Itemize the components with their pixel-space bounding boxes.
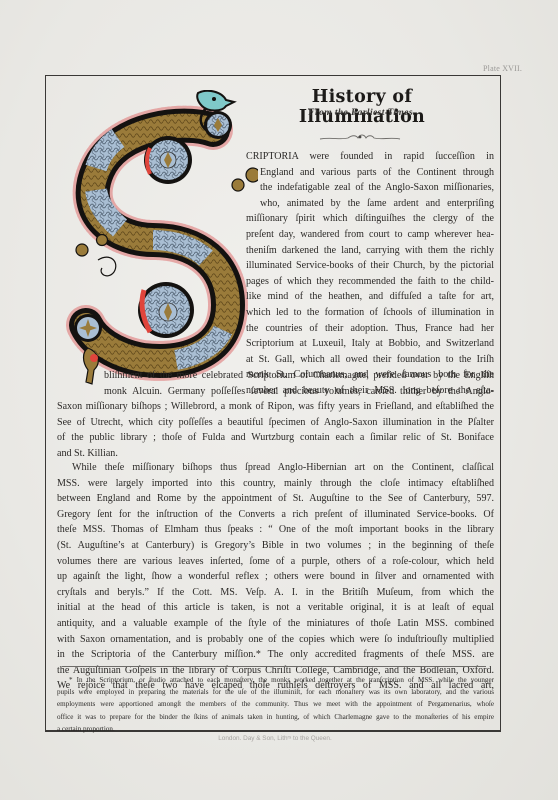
footnote-line: office it was to prepare for the binder … (57, 711, 494, 723)
text-line: pages of which they recommended the fait… (246, 274, 494, 290)
text-line: England and various parts of the Contine… (260, 165, 494, 181)
opening-paragraph-column: CRIPTORIA were founded in rapid ſucceſſi… (246, 149, 494, 399)
footnote: * In the Scriptorium, or ſtudio attached… (57, 674, 494, 735)
text-line: theſe MSS. Thomas of Elmham thus ſpeaks … (57, 522, 494, 538)
text-line: like mind of the heathen, and diffuſed a… (246, 289, 494, 305)
text-line: who, animated by the ſame ardent and ent… (260, 196, 494, 212)
printer-imprint: London. Day & Son, Lithʳˢ to the Queen. (195, 735, 355, 742)
text-line: theniſm darkened the land, carrying with… (246, 243, 494, 259)
text-line: Gregory ſent for the inſtruction of the … (57, 507, 494, 523)
text-line: bliſhment of the more celebrated Scripto… (104, 368, 494, 384)
text-line: up againſt the light, ſhow a wonderful r… (57, 569, 494, 585)
text-line: (St. Auguſtine’s at Canterbury) is Grego… (57, 538, 494, 554)
paragraph-2: While theſe miſſionary biſhops thus ſpre… (57, 460, 494, 694)
text-line: of the public library ; thoſe of Fulda a… (57, 430, 494, 446)
text-line: miſſionary ſpirit which diſtinguiſhes th… (246, 211, 494, 227)
text-line: with Saxon ornamentation, and is probabl… (57, 632, 494, 648)
text-line: illuminated Service-books of their Churc… (246, 258, 494, 274)
text-line: See of Utrecht, which city poſſeſſes a b… (57, 415, 494, 431)
text-line: cryſtals and beryls.” If the Cott. MS. V… (57, 585, 494, 601)
text-line: which led to the formation of ſchools of… (246, 305, 494, 321)
text-line: the indefatigable zeal of the Anglo-Saxo… (260, 180, 494, 196)
text-line: preſent day, wandered from court to camp… (246, 227, 494, 243)
text-line: While theſe miſſionary biſhops thus ſpre… (57, 460, 494, 476)
plate-label: Plate XVII. (483, 64, 522, 73)
text-line: the countries of their adoption. Thus, F… (246, 321, 494, 337)
page-title: History of Illumination (262, 87, 462, 127)
illuminated-initial-s-icon (58, 90, 258, 385)
text-line: Saxon miſſionary biſhops ; Willebrord, a… (57, 399, 494, 415)
footnote-divider (62, 666, 486, 667)
text-line: Scriptorium at Luxeuil, Italy at Bobbio,… (246, 336, 494, 352)
paragraph-1-tail: Saxon miſſionary biſhops ; Willebrord, a… (57, 399, 494, 461)
footnote-line: * In the Scriptorium, or ſtudio attached… (57, 674, 494, 686)
page-subtitle: From the Earliest Times. (262, 108, 462, 118)
text-line: CRIPTORIA were founded in rapid ſucceſſi… (246, 149, 494, 165)
text-line: MSS. were largely imported into this cou… (57, 476, 494, 492)
text-line: volumes there are various leaves inſerte… (57, 554, 494, 570)
text-line: monk Alcuin. Germany poſſeſſes ſeveral p… (104, 384, 494, 400)
text-line: antiquity, and a valuable example of the… (57, 616, 494, 632)
footnote-line: employments were apportioned amongſt the… (57, 698, 494, 710)
text-line: at St. Gall, which all owed their founda… (246, 352, 494, 368)
text-line: initial at the head of this article is t… (57, 600, 494, 616)
footnote-line: pupils were employed in preparing the ma… (57, 686, 494, 698)
paragraph-continuation: bliſhment of the more celebrated Scripto… (104, 368, 494, 399)
footnote-line: a certain proportion. (57, 723, 494, 735)
decorative-flourish-icon (318, 132, 402, 144)
text-line: in the Scriptoria of the Canterbury miſſ… (57, 647, 494, 663)
text-line: between England and Rome by the appointm… (57, 491, 494, 507)
